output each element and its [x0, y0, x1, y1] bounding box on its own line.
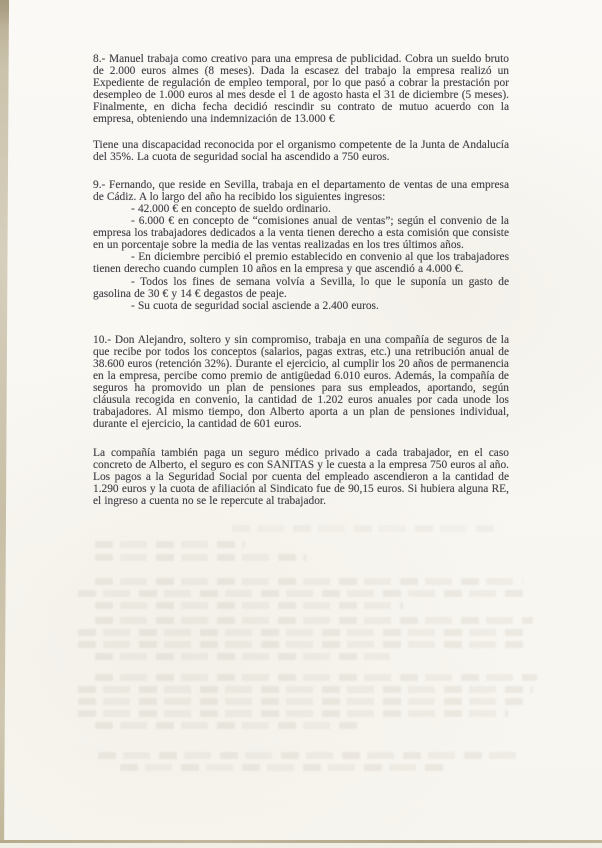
problem-9-list-item: - 6.000 € en concepto de “comisiones anu…: [93, 215, 509, 251]
bleedthrough-line: [78, 590, 526, 597]
problem-9-list-item: - En diciembre percibió el premio establ…: [93, 251, 509, 275]
bleedthrough-line: [78, 710, 508, 717]
paragraph-problem-9-intro: 9.- Fernando, que reside en Sevilla, tra…: [93, 179, 509, 203]
bleedthrough-line: [120, 764, 450, 771]
paragraph-problem-10: 10.- Don Alejandro, soltero y sin compro…: [93, 334, 509, 431]
bleedthrough-line: [95, 602, 403, 609]
problem-9-list-item: - Su cuota de seguridad social asciende …: [93, 300, 509, 312]
bleedthrough-line: [95, 541, 245, 548]
bleedthrough-line: [95, 554, 307, 561]
paragraph-problem-8-note: Tiene una discapacidad reconocida por el…: [93, 139, 509, 163]
bleedthrough-line: [78, 629, 530, 636]
bleedthrough-line: [95, 653, 390, 660]
document-text-block: 8.- Manuel trabaja como creativo para un…: [93, 53, 509, 507]
bleedthrough-line: [95, 578, 523, 585]
paragraph-problem-10-note: La compañía también paga un seguro médic…: [93, 447, 509, 507]
bleedthrough-line: [78, 686, 533, 693]
problem-9-list-item: - Todos los fines de semana volvía a Sev…: [93, 276, 509, 300]
bleedthrough-line: [78, 698, 526, 705]
bleedthrough-line: [95, 617, 533, 624]
bleedthrough-line: [95, 674, 537, 681]
bleedthrough-line: [95, 722, 357, 729]
bleedthrough-line: [232, 525, 502, 532]
scanned-document-page: 8.- Manuel trabaja como creativo para un…: [0, 0, 602, 848]
page-left-scan-edge: [0, 0, 9, 848]
paragraph-problem-8: 8.- Manuel trabaja como creativo para un…: [93, 53, 509, 126]
page-below-edge-area: [0, 843, 602, 848]
bleedthrough-line: [78, 641, 526, 648]
problem-9-list-item: - 42.000 € en concepto de sueldo ordinar…: [93, 203, 509, 215]
page-left-scan-edge-top: [0, 0, 9, 26]
bleedthrough-line: [98, 752, 516, 759]
